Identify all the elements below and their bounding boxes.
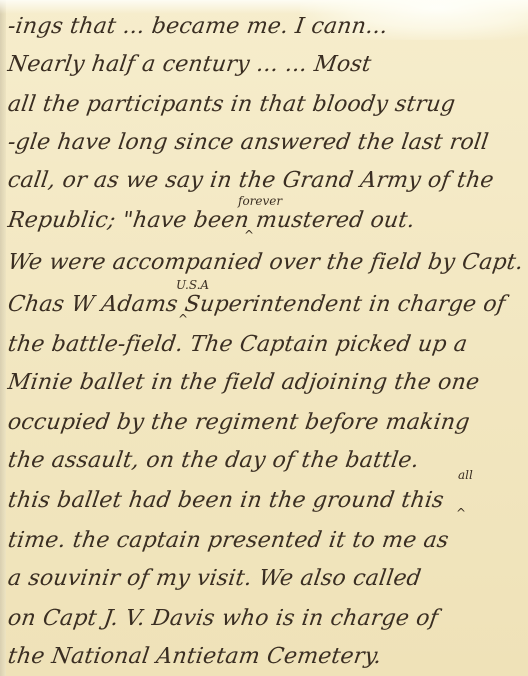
text-line-12: the assault, on the day of the battle. — [6, 448, 420, 473]
text-line-9: the battle-field. The Captain picked up … — [6, 332, 469, 357]
insertion-caret: ^ — [456, 506, 466, 520]
manuscript-page: -ings that ... became me. I cann... Near… — [0, 0, 528, 676]
text-line-2: Nearly half a century ... ... Most — [6, 52, 373, 77]
insertion-all: all — [458, 468, 473, 482]
text-line-8: Chas W Adams Superintendent in charge of — [6, 292, 507, 317]
text-line-16: on Capt J. V. Davis who is in charge of — [6, 606, 440, 631]
page-edge — [0, 0, 6, 676]
text-line-10: Minie ballet in the field adjoining the … — [6, 370, 481, 395]
text-line-6: Republic; "have been mustered out. — [6, 208, 416, 233]
text-line-1: -ings that ... became me. I cann... — [6, 14, 389, 39]
insertion-caret: ^ — [244, 228, 254, 242]
text-line-15: a souvinir of my visit. We also called — [6, 566, 423, 591]
text-line-11: occupied by the regiment before making — [6, 410, 471, 435]
text-line-3: all the participants in that bloody stru… — [6, 92, 457, 117]
insertion-caret: ^ — [178, 312, 188, 326]
text-line-4: -gle have long since answered the last r… — [6, 130, 490, 155]
text-line-5: call, or as we say in the Grand Army of … — [6, 168, 495, 193]
text-line-17: the National Antietam Cemetery. — [6, 644, 383, 669]
text-line-14: time. the captain presented it to me as — [6, 528, 450, 553]
insertion-usa: U.S.A — [176, 278, 209, 292]
insertion-forever: forever — [238, 194, 282, 208]
text-line-13: this ballet had been in the ground this — [6, 488, 445, 513]
text-line-7: We were accompanied over the field by Ca… — [6, 250, 525, 275]
